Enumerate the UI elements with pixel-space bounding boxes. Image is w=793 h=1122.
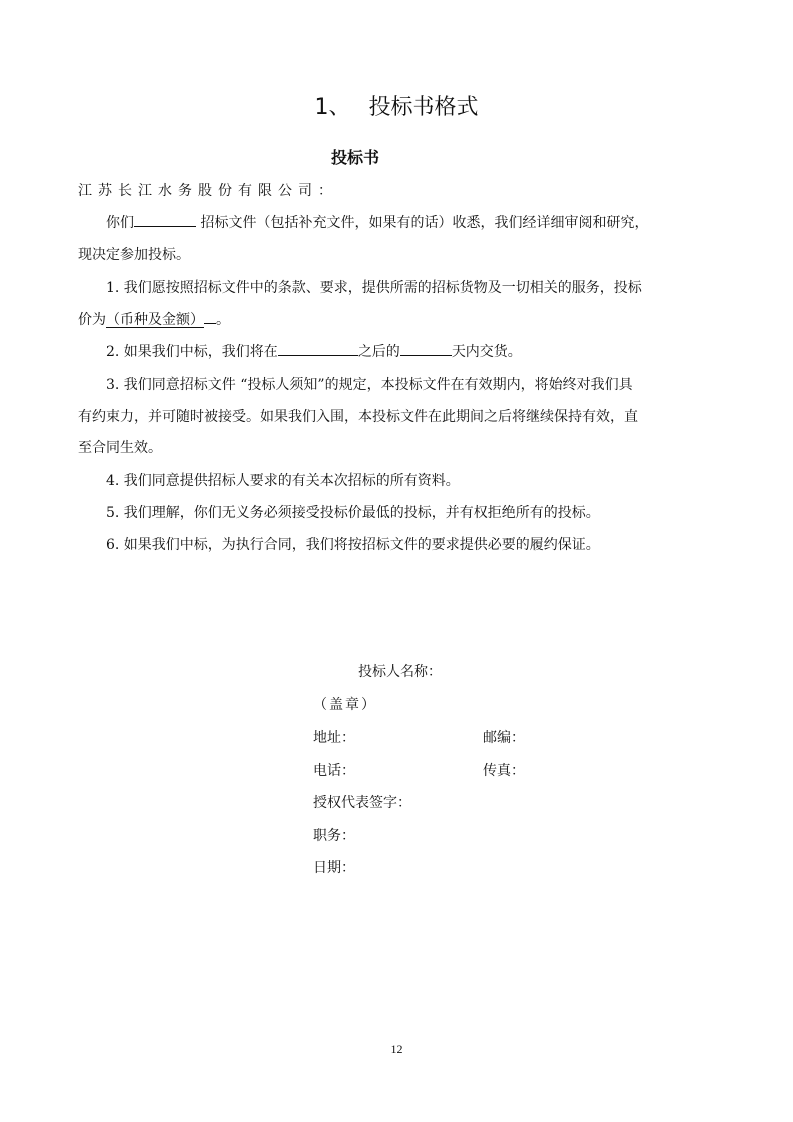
item-2-suffix: 天内交货。 [452, 344, 522, 360]
tender-name-blank[interactable] [134, 212, 196, 227]
fax-label: 传真： [483, 760, 525, 780]
item-5: 5. 我们理解，你们无义务必须接受投标价最低的投标，并有权拒绝所有的投标。 [106, 502, 600, 522]
item-1-prefix: 价为 [78, 312, 106, 328]
bid-price-underline [204, 309, 216, 324]
item-4: 4. 我们同意提供招标人要求的有关本次招标的所有资料。 [106, 470, 460, 490]
item-3-line-1: 3. 我们同意招标文件 “投标人须知”的规定，本投标文件在有效期内，将始终对我们… [106, 374, 633, 394]
bid-price-field[interactable]: （币种及金额） [106, 312, 204, 328]
page-number: 12 [0, 1042, 793, 1057]
phone-label: 电话： [313, 760, 355, 780]
item-3-line-3: 至合同生效。 [78, 437, 162, 457]
item-1-line-2: 价为（币种及金额）。 [78, 309, 230, 329]
intro-suffix: 招标文件（包括补充文件，如果有的话）收悉，我们经详细审阅和研究， [196, 215, 648, 231]
item-3-line-2: 有约束力，并可随时被接受。如果我们入围，本投标文件在此期间之后将继续保持有效，直 [78, 406, 638, 426]
page-title: 1、投标书格式 [0, 90, 793, 121]
intro-prefix: 你们 [106, 215, 134, 231]
seal-label: （盖章） [313, 694, 377, 714]
position-label: 职务： [313, 825, 355, 845]
intro-line-1: 你们 招标文件（包括补充文件，如果有的话）收悉，我们经详细审阅和研究， [106, 212, 648, 232]
document-subtitle: 投标书 [0, 145, 710, 168]
item-6: 6. 如果我们中标，为执行合同，我们将按招标文件的要求提供必要的履约保证。 [106, 534, 600, 554]
section-title: 投标书格式 [368, 95, 478, 120]
authorized-signature-label: 授权代表签字： [313, 792, 411, 812]
postcode-label: 邮编： [483, 727, 525, 747]
item-1-line-1: 1. 我们愿按照招标文件中的条款、要求，提供所需的招标货物及一切相关的服务，投标 [106, 277, 642, 297]
addressee: 江苏长江水务股份有限公司： [78, 180, 338, 200]
address-label: 地址： [313, 727, 355, 747]
intro-line-2: 现决定参加投标。 [78, 244, 190, 264]
date-label: 日期： [313, 857, 355, 877]
item-1-suffix: 。 [216, 312, 230, 328]
section-number: 1、 [314, 95, 350, 120]
item-2-mid: 之后的 [358, 344, 400, 360]
bidder-name-label: 投标人名称： [358, 661, 442, 681]
item-2: 2. 如果我们中标，我们将在之后的天内交货。 [106, 341, 522, 361]
item-2-prefix: 2. 如果我们中标，我们将在 [106, 344, 278, 360]
delivery-start-blank[interactable] [278, 341, 358, 356]
delivery-days-blank[interactable] [400, 341, 452, 356]
